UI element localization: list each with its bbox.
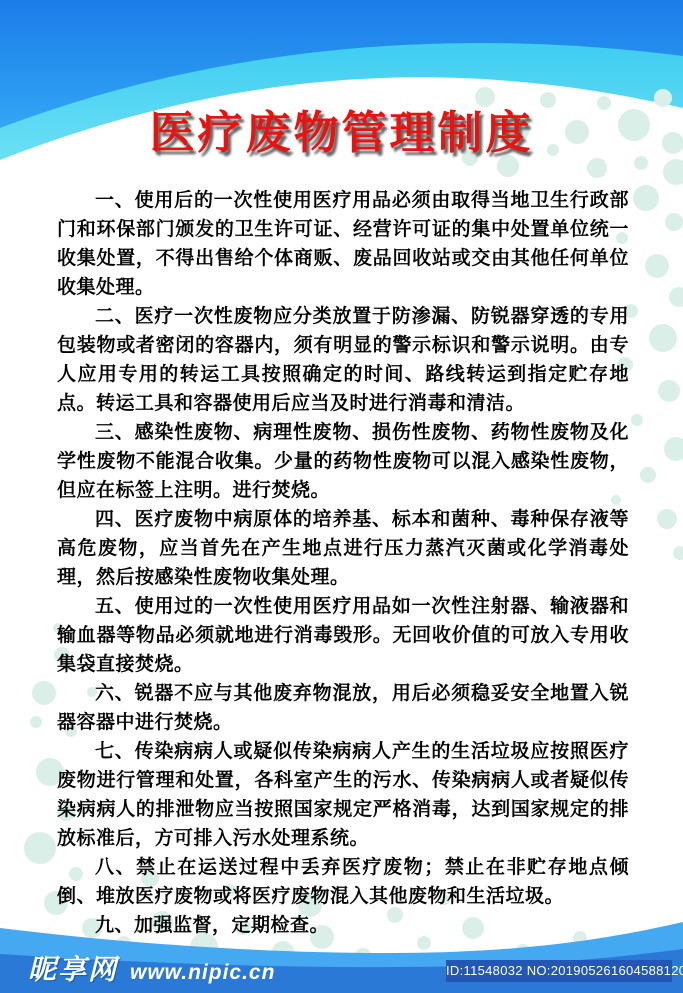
rule-paragraph: 一、使用后的一次性使用医疗用品必须由取得当地卫生行政部门和环保部门颁发的卫生许可… [57,186,629,302]
rules-text: 一、使用后的一次性使用医疗用品必须由取得当地卫生行政部门和环保部门颁发的卫生许可… [57,186,629,940]
medical-waste-poster: 医疗废物管理制度 一、使用后的一次性使用医疗用品必须由取得当地卫生行政部门和环保… [0,0,683,993]
site-logo: 昵享网 www.nipic.cn [28,948,275,988]
footer: 昵享网 www.nipic.cn ID:11548032 NO:20190526… [0,920,683,993]
rule-paragraph: 五、使用过的一次性使用医疗用品如一次性注射器、输液器和输血器等物品必须就地进行消… [57,592,629,679]
rule-paragraph: 二、医疗一次性废物应分类放置于防渗漏、防锐器穿透的专用包装物或者密闭的容器内，须… [57,302,629,418]
rule-paragraph: 三、感染性废物、病理性废物、损伤性废物、药物性废物及化学性废物不能混合收集。少量… [57,418,629,505]
rule-paragraph: 六、锐器不应与其他废弃物混放，用后必须稳妥安全地置入锐器容器中进行焚烧。 [57,679,629,737]
site-url: www.nipic.cn [130,961,275,985]
rule-paragraph: 四、医疗废物中病原体的培养基、标本和菌种、毒种保存液等高危废物，应当首先在产生地… [57,505,629,592]
rule-paragraph: 七、传染病病人或疑似传染病病人产生的生活垃圾应按照医疗废物进行管理和处置，各科室… [57,737,629,853]
rule-paragraph: 八、禁止在运送过程中丢弃医疗废物；禁止在非贮存地点倾倒、堆放医疗废物或将医疗废物… [57,853,629,911]
image-id-badge: ID:11548032 NO:20190526160458812000 [446,960,672,982]
page-title: 医疗废物管理制度 [0,96,683,161]
site-name: 昵享网 [28,948,118,988]
